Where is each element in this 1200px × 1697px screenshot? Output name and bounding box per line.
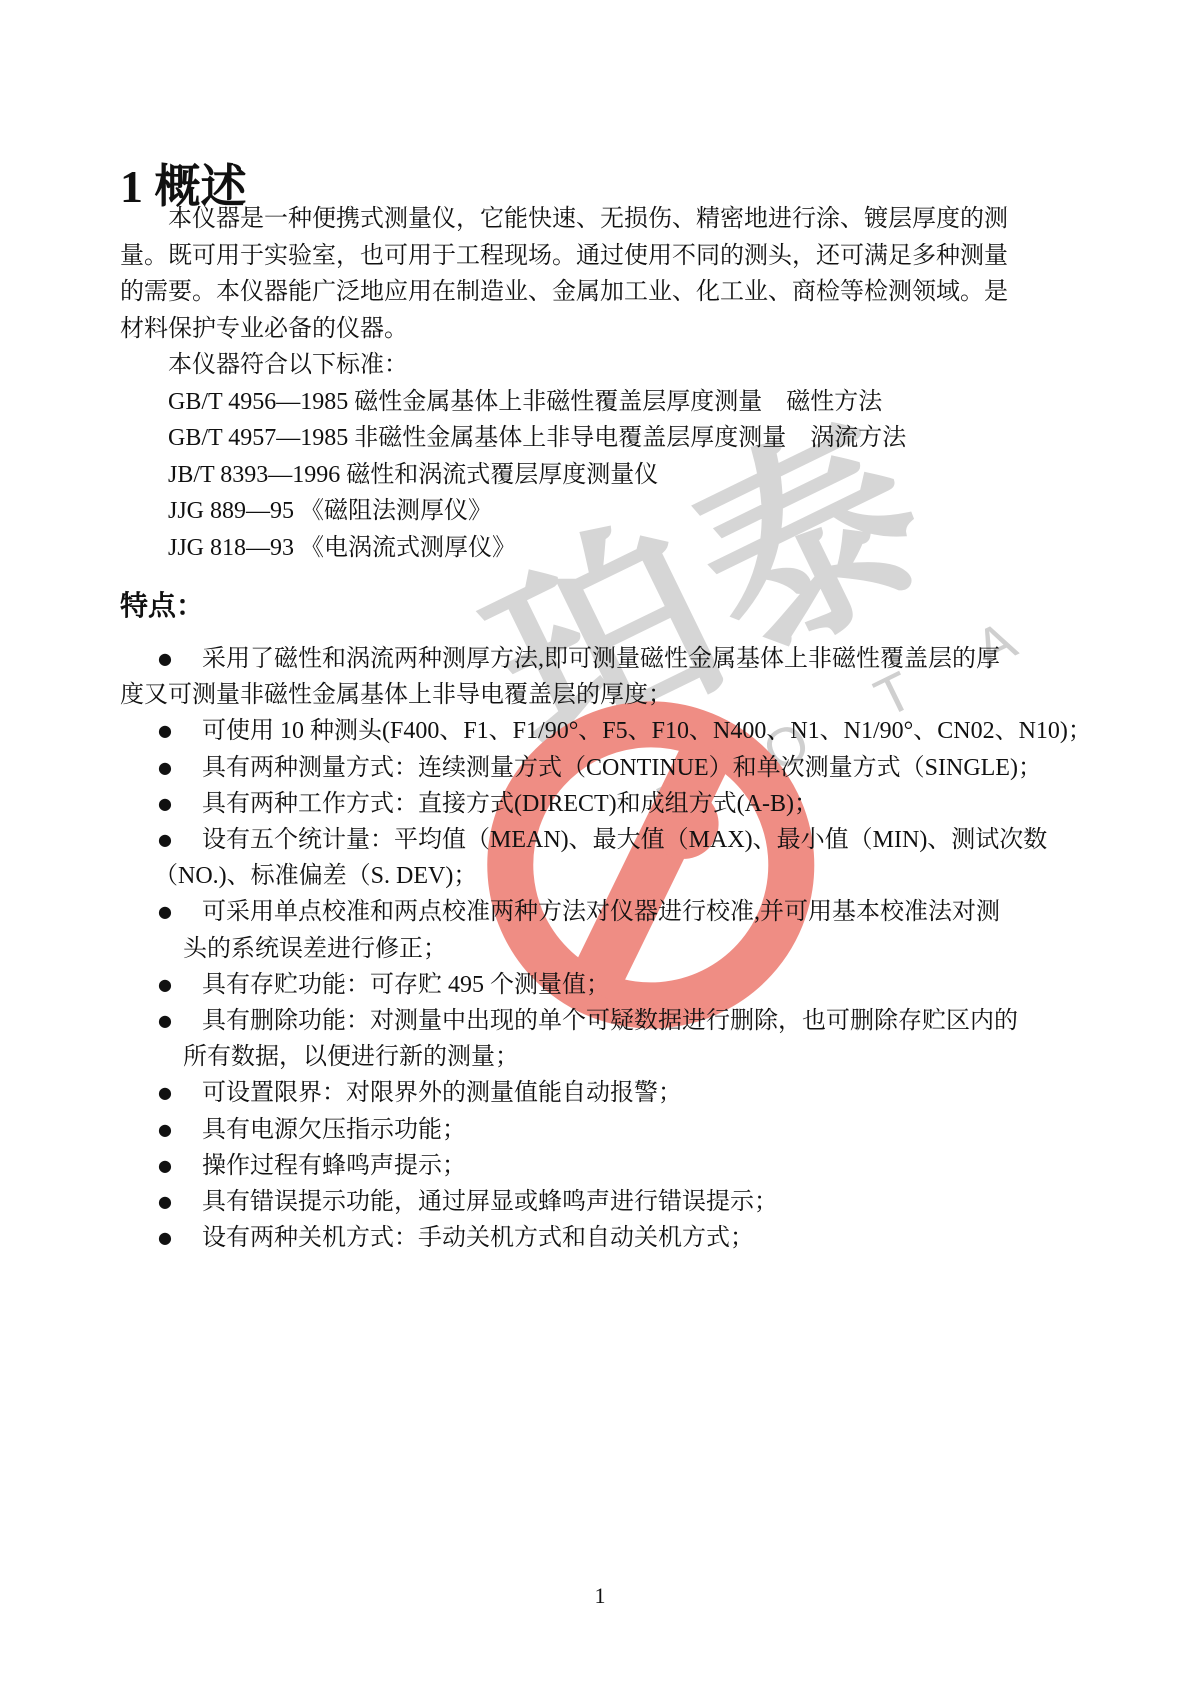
feature-line: ●具有删除功能：对测量中出现的单个可疑数据进行删除，也可删除存贮区内的 (120, 1003, 1080, 1039)
feature-line-text: 所有数据，以便进行新的测量； (183, 1044, 519, 1070)
standards-intro-line: 本仪器符合以下标准： (120, 347, 1080, 384)
feature-line: ●操作过程有蜂鸣声提示； (120, 1148, 1080, 1184)
standard-item-text: GB/T 4956—1985 磁性金属基体上非磁性覆盖层厚度测量 磁性方法 (168, 389, 882, 415)
feature-line: 度又可测量非磁性金属基体上非导电覆盖层的厚度； (120, 677, 1080, 713)
feature-line-text: 采用了磁性和涡流两种测厚方法,即可测量磁性金属基体上非磁性覆盖层的厚 (202, 646, 1000, 672)
feature-line-text: （NO.)、标准偏差（S. DEV)； (154, 863, 477, 889)
intro-line: 量。既可用于实验室，也可用于工程现场。通过使用不同的测头，还可满足多种测量 (120, 238, 1080, 275)
feature-line-text: 具有错误提示功能，通过屏显或蜂鸣声进行错误提示； (202, 1189, 778, 1215)
standard-item: GB/T 4956—1985 磁性金属基体上非磁性覆盖层厚度测量 磁性方法 (120, 384, 1080, 421)
bullet-icon: ● (158, 713, 172, 749)
bullet-icon: ● (158, 786, 172, 822)
intro-line: 材料保护专业必备的仪器。 (120, 311, 1080, 348)
bullet-icon: ● (158, 1148, 172, 1184)
bullet-icon: ● (158, 641, 172, 677)
feature-line-text: 度又可测量非磁性金属基体上非导电覆盖层的厚度； (120, 682, 672, 708)
intro-line-text: 量。既可用于实验室，也可用于工程现场。通过使用不同的测头，还可满足多种测量 (120, 243, 1008, 269)
standard-item: JJG 818—93 《电涡流式测厚仪》 (120, 530, 1080, 567)
bullet-icon: ● (158, 750, 172, 786)
intro-line-text: 的需要。本仪器能广泛地应用在制造业、金属加工业、化工业、商检等检测领域。是 (120, 279, 1008, 305)
intro-line-text: 本仪器是一种便携式测量仪，它能快速、无损伤、精密地进行涂、镀层厚度的测 (168, 206, 1008, 232)
feature-line-text: 具有存贮功能：可存贮 495 个测量值； (202, 972, 610, 998)
bullet-icon: ● (158, 1220, 172, 1256)
feature-line: ●采用了磁性和涡流两种测厚方法,即可测量磁性金属基体上非磁性覆盖层的厚 (120, 641, 1080, 677)
standard-item: GB/T 4957—1985 非磁性金属基体上非导电覆盖层厚度测量 涡流方法 (120, 420, 1080, 457)
feature-line-text: 具有两种工作方式：直接方式(DIRECT)和成组方式(A-B)； (202, 791, 818, 817)
bullet-icon: ● (158, 1003, 172, 1039)
features-heading: 特点： (120, 588, 1080, 624)
feature-line: ●具有存贮功能：可存贮 495 个测量值； (120, 967, 1080, 1003)
bullet-icon: ● (158, 822, 172, 858)
standard-item-text: JJG 889—95 《磁阻法测厚仪》 (168, 498, 492, 524)
bullet-icon: ● (158, 1075, 172, 1111)
feature-line-text: 头的系统误差进行修正； (183, 936, 447, 962)
feature-line-text: 可采用单点校准和两点校准两种方法对仪器进行校准,并可用基本校准法对测 (202, 899, 1000, 925)
feature-line-text: 具有删除功能：对测量中出现的单个可疑数据进行删除，也可删除存贮区内的 (202, 1008, 1018, 1034)
standard-item-text: GB/T 4957—1985 非磁性金属基体上非导电覆盖层厚度测量 涡流方法 (168, 425, 906, 451)
feature-line-text: 可设置限界：对限界外的测量值能自动报警； (202, 1080, 682, 1106)
standards-list: GB/T 4956—1985 磁性金属基体上非磁性覆盖层厚度测量 磁性方法GB/… (120, 384, 1080, 567)
overview-section: 本仪器是一种便携式测量仪，它能快速、无损伤、精密地进行涂、镀层厚度的测量。既可用… (120, 201, 1080, 566)
feature-line: ●可设置限界：对限界外的测量值能自动报警； (120, 1075, 1080, 1111)
bullet-icon: ● (158, 894, 172, 930)
intro-line-text: 材料保护专业必备的仪器。 (120, 316, 408, 342)
feature-line: ●具有电源欠压指示功能； (120, 1112, 1080, 1148)
feature-line-text: 设有两种关机方式：手动关机方式和自动关机方式； (202, 1225, 754, 1251)
feature-line-text: 设有五个统计量：平均值（MEAN)、最大值（MAX)、最小值（MIN)、测试次数 (202, 827, 1047, 853)
feature-line-text: 具有电源欠压指示功能； (202, 1117, 466, 1143)
feature-line: 所有数据，以便进行新的测量； (120, 1039, 1080, 1075)
feature-line: ●可使用 10 种测头(F400、F1、F1/90°、F5、F10、N400、N… (120, 713, 1080, 749)
bullet-icon: ● (158, 1184, 172, 1220)
standard-item-text: JJG 818—93 《电涡流式测厚仪》 (168, 535, 516, 561)
feature-line: ●可采用单点校准和两点校准两种方法对仪器进行校准,并可用基本校准法对测 (120, 894, 1080, 930)
intro-line: 本仪器是一种便携式测量仪，它能快速、无损伤、精密地进行涂、镀层厚度的测 (120, 201, 1080, 238)
feature-line-text: 可使用 10 种测头(F400、F1、F1/90°、F5、F10、N400、N1… (202, 718, 1092, 744)
feature-line: ●具有两种工作方式：直接方式(DIRECT)和成组方式(A-B)； (120, 786, 1080, 822)
standard-item: JJG 889—95 《磁阻法测厚仪》 (120, 493, 1080, 530)
standard-item-text: JB/T 8393—1996 磁性和涡流式覆层厚度测量仪 (168, 462, 658, 488)
feature-line: ●具有错误提示功能，通过屏显或蜂鸣声进行错误提示； (120, 1184, 1080, 1220)
document-page: 珀泰 B O T A 1 概述 本仪器是一种便携式测量仪，它能快速、无损伤、精密… (0, 0, 1200, 1697)
feature-line: （NO.)、标准偏差（S. DEV)； (120, 858, 1080, 894)
feature-line-text: 操作过程有蜂鸣声提示； (202, 1153, 466, 1179)
page-number: 1 (0, 1583, 1200, 1609)
standard-item: JB/T 8393—1996 磁性和涡流式覆层厚度测量仪 (120, 457, 1080, 494)
feature-line-text: 具有两种测量方式：连续测量方式（CONTINUE）和单次测量方式（SINGLE)… (202, 755, 1042, 781)
features-list: ●采用了磁性和涡流两种测厚方法,即可测量磁性金属基体上非磁性覆盖层的厚度又可测量… (120, 641, 1080, 1256)
feature-line: 头的系统误差进行修正； (120, 931, 1080, 967)
bullet-icon: ● (158, 967, 172, 1003)
bullet-icon: ● (158, 1112, 172, 1148)
feature-line: ●具有两种测量方式：连续测量方式（CONTINUE）和单次测量方式（SINGLE… (120, 750, 1080, 786)
feature-line: ●设有两种关机方式：手动关机方式和自动关机方式； (120, 1220, 1080, 1256)
intro-paragraph: 本仪器是一种便携式测量仪，它能快速、无损伤、精密地进行涂、镀层厚度的测量。既可用… (120, 201, 1080, 347)
feature-line: ●设有五个统计量：平均值（MEAN)、最大值（MAX)、最小值（MIN)、测试次… (120, 822, 1080, 858)
intro-line: 的需要。本仪器能广泛地应用在制造业、金属加工业、化工业、商检等检测领域。是 (120, 274, 1080, 311)
